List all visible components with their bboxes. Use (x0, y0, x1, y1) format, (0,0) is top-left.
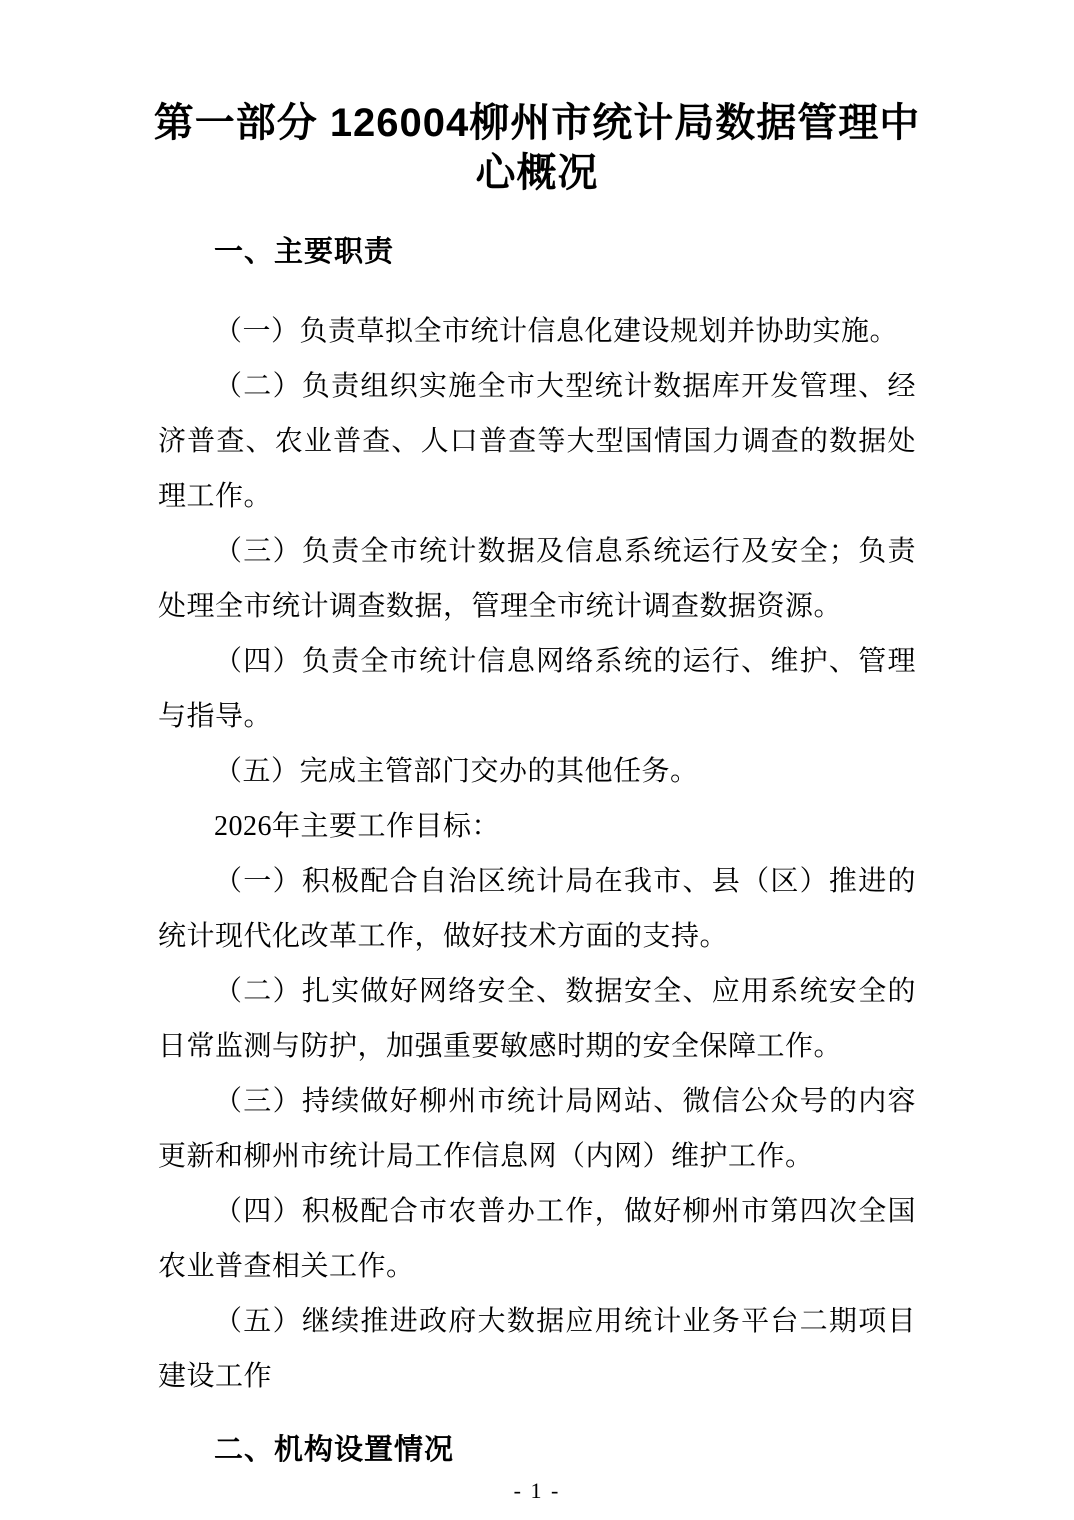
goals-intro: 2026年主要工作目标： (158, 799, 916, 854)
document-page: 第一部分 126004柳州市统计局数据管理中心概况 一、主要职责 （一）负责草拟… (0, 0, 1074, 1520)
goal-paragraph-4: （四）积极配合市农普办工作，做好柳州市第四次全国农业普查相关工作。 (158, 1184, 916, 1294)
document-body: 一、主要职责 （一）负责草拟全市统计信息化建设规划并协助实施。 （二）负责组织实… (158, 236, 916, 1466)
section-heading-main-duties: 一、主要职责 (214, 236, 916, 268)
document-title: 第一部分 126004柳州市统计局数据管理中心概况 (150, 98, 924, 198)
goal-paragraph-1: （一）积极配合自治区统计局在我市、县（区）推进的统计现代化改革工作，做好技术方面… (158, 854, 916, 964)
goal-paragraph-5: （五）继续推进政府大数据应用统计业务平台二期项目建设工作 (158, 1294, 916, 1404)
section-heading-organization: 二、机构设置情况 (214, 1434, 916, 1466)
duty-paragraph-4: （四）负责全市统计信息网络系统的运行、维护、管理与指导。 (158, 634, 916, 744)
duty-paragraph-1: （一）负责草拟全市统计信息化建设规划并协助实施。 (158, 304, 916, 359)
page-number: - 1 - (0, 1478, 1074, 1504)
duty-paragraph-3: （三）负责全市统计数据及信息系统运行及安全；负责处理全市统计调查数据，管理全市统… (158, 524, 916, 634)
goal-paragraph-3: （三）持续做好柳州市统计局网站、微信公众号的内容更新和柳州市统计局工作信息网（内… (158, 1074, 916, 1184)
duty-paragraph-5: （五）完成主管部门交办的其他任务。 (158, 744, 916, 799)
goal-paragraph-2: （二）扎实做好网络安全、数据安全、应用系统安全的日常监测与防护，加强重要敏感时期… (158, 964, 916, 1074)
duty-paragraph-2: （二）负责组织实施全市大型统计数据库开发管理、经济普查、农业普查、人口普查等大型… (158, 359, 916, 524)
